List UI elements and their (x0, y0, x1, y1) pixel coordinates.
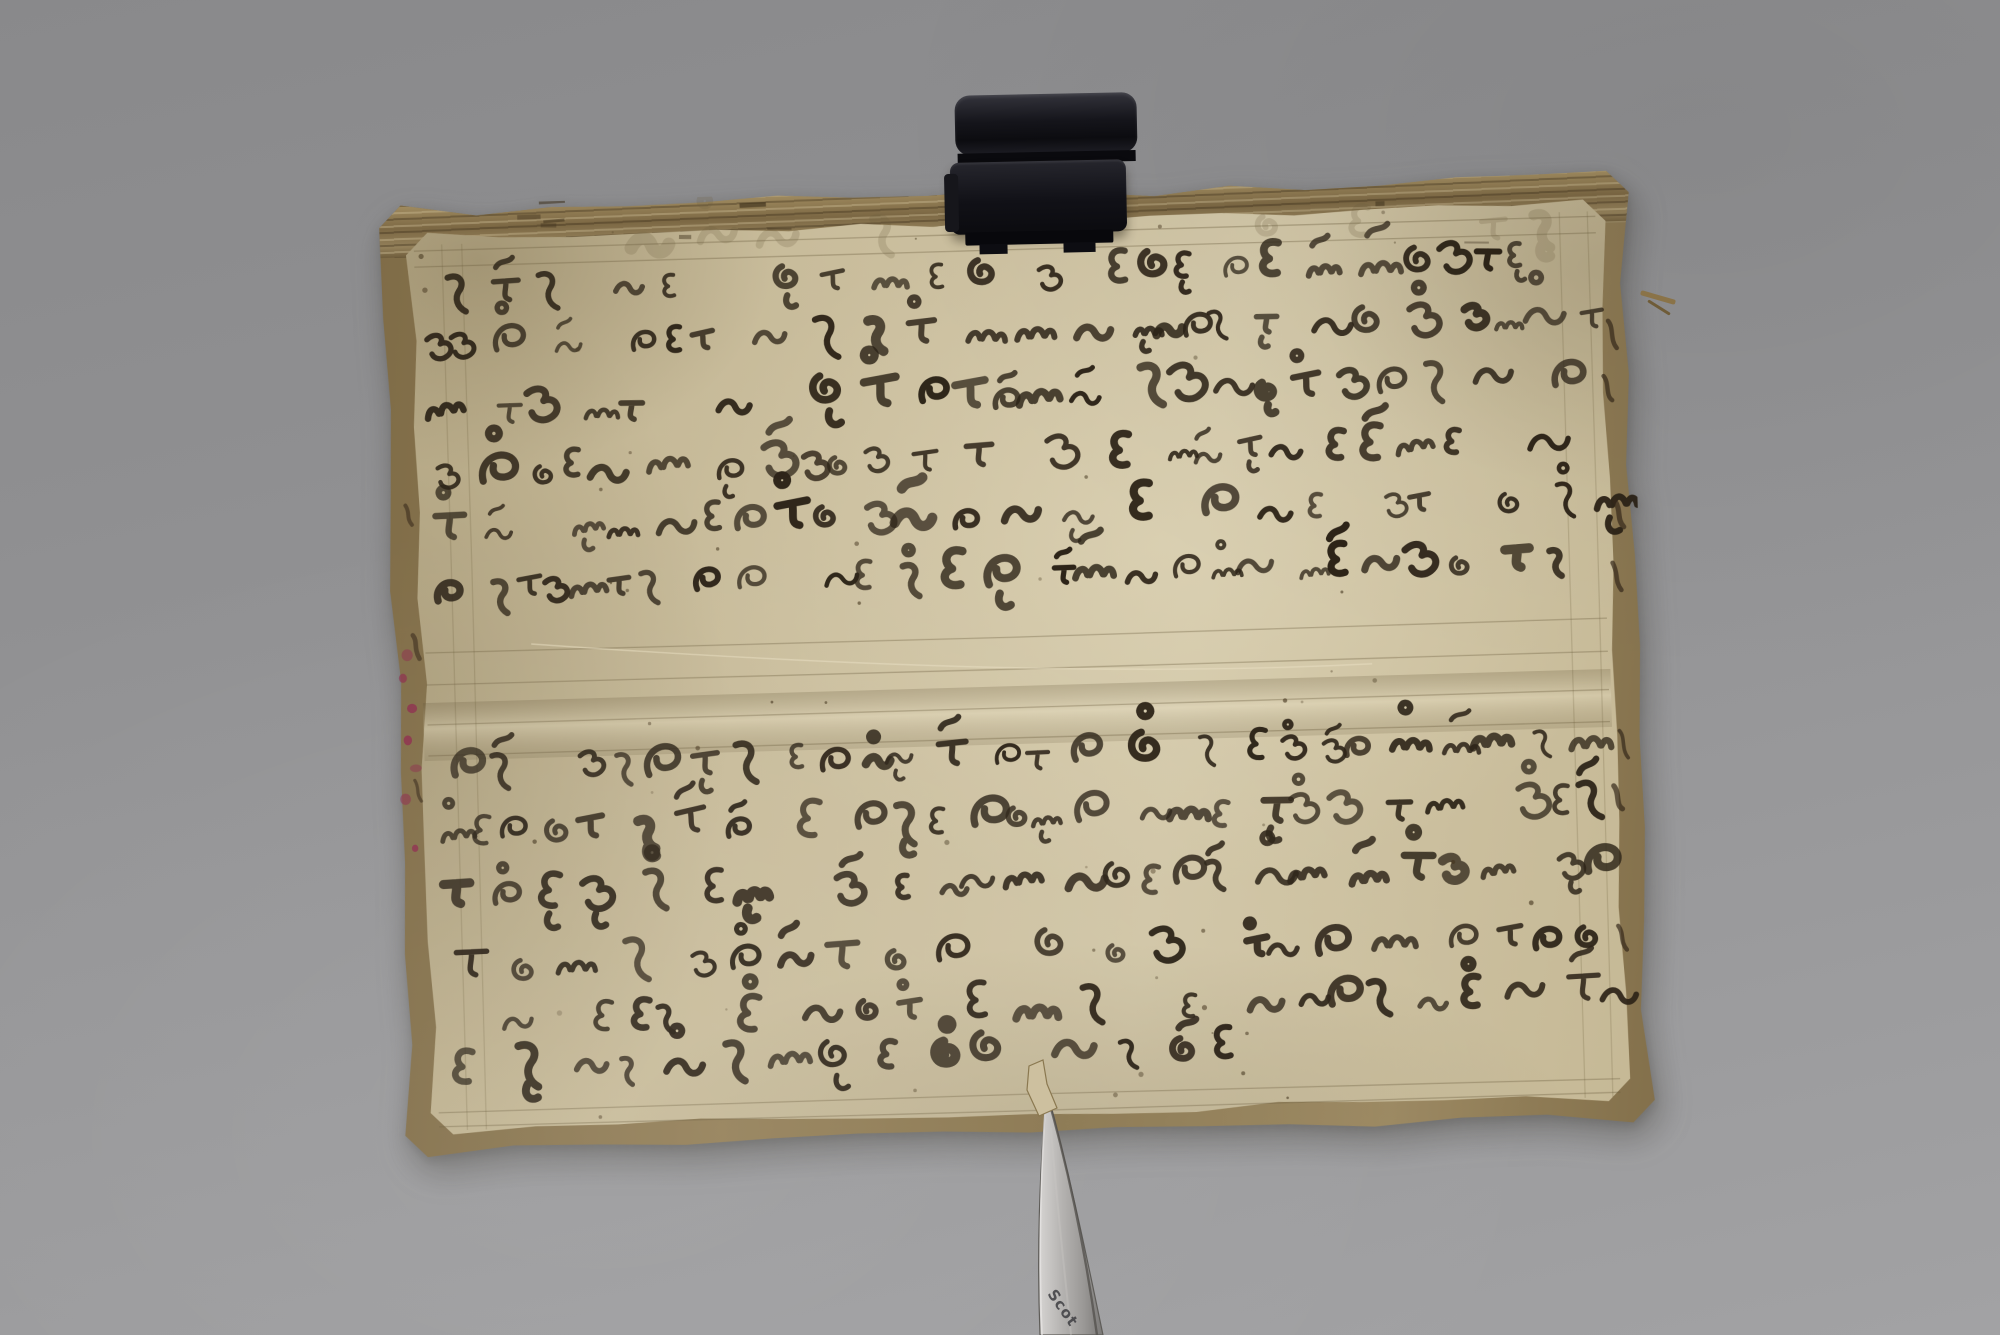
handwriting-layer (379, 170, 1656, 1158)
torn-paper-flap (1027, 1060, 1057, 1116)
clip-body (950, 159, 1127, 235)
photo-background: Scot (0, 0, 2000, 1335)
clip-foot (1063, 242, 1095, 253)
binder-clip (942, 86, 1142, 262)
clip-ear (944, 174, 959, 232)
clip-barrel (954, 92, 1137, 156)
metal-blade: Scot (985, 1058, 1135, 1335)
upper-text-block (422, 215, 1640, 624)
clip-foot (979, 244, 1007, 255)
paper-fiber (1640, 290, 1676, 305)
manuscript-page (379, 170, 1656, 1158)
ruling-lines (414, 211, 1621, 1131)
pink-dye-marks (396, 649, 424, 852)
